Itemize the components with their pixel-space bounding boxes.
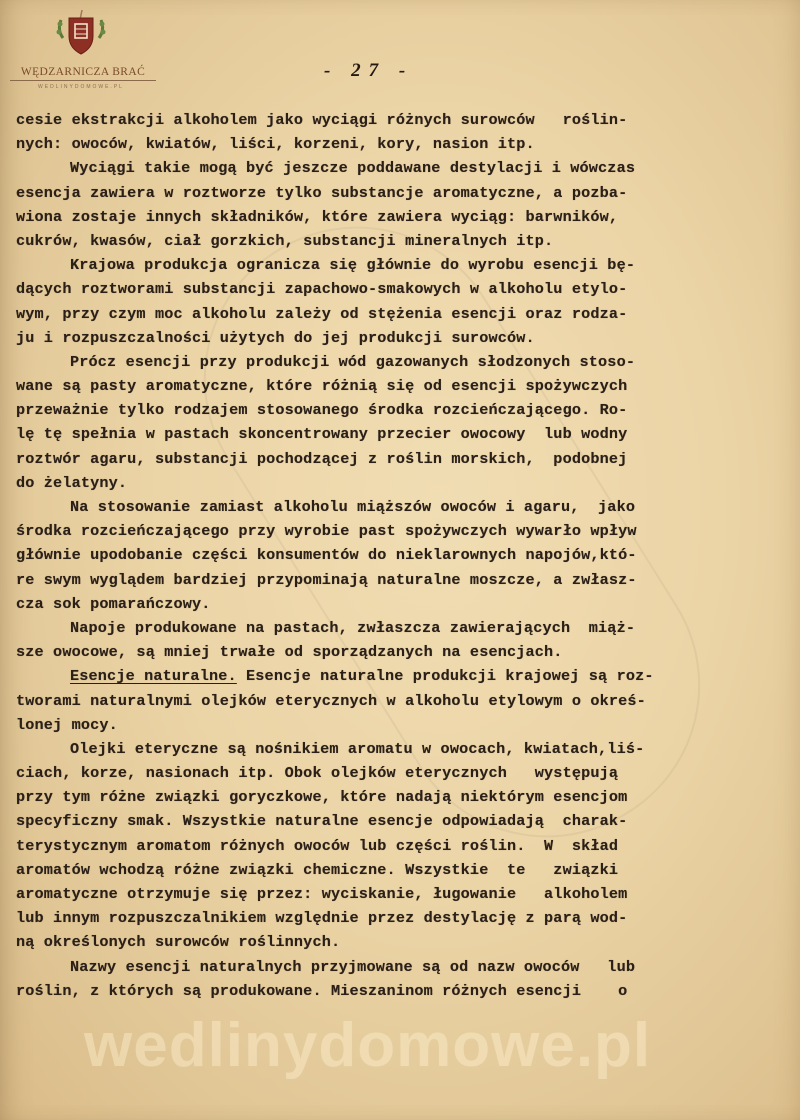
- line-text: głównie upodobanie części konsumentów do…: [16, 546, 637, 564]
- text-line: Na stosowanie zamiast alkoholu miąższów …: [16, 495, 716, 519]
- line-text: Wyciągi takie mogą być jeszcze poddawane…: [70, 159, 635, 177]
- text-line: przy tym różne związki goryczkowe, które…: [16, 785, 716, 809]
- text-line: środka rozcieńczającego przy wyrobie pas…: [16, 519, 716, 543]
- text-line: sze owocowe, są mniej trwałe od sporządz…: [16, 640, 716, 664]
- line-text: przeważnie tylko rodzajem stosowanego śr…: [16, 401, 627, 419]
- text-line: re swym wyglądem bardziej przypominają n…: [16, 568, 716, 592]
- text-line: roślin, z których są produkowane. Miesza…: [16, 979, 716, 1003]
- text-line: lonej mocy.: [16, 713, 716, 737]
- text-line: Napoje produkowane na pastach, zwłaszcza…: [16, 616, 716, 640]
- text-line: nych: owoców, kwiatów, liści, korzeni, k…: [16, 132, 716, 156]
- section-heading: Esencje naturalne.: [70, 667, 237, 685]
- text-line: głównie upodobanie części konsumentów do…: [16, 543, 716, 567]
- text-line: cukrów, kwasów, ciał gorzkich, substancj…: [16, 229, 716, 253]
- page-number: - 27 -: [324, 60, 413, 82]
- text-line: Krajowa produkcja ogranicza się głównie …: [16, 253, 716, 277]
- text-line: lub innym rozpuszczalnikiem względnie pr…: [16, 906, 716, 930]
- line-text: lę tę spełnia w pastach skoncentrowany p…: [16, 425, 627, 443]
- line-text: Olejki eteryczne są nośnikiem aromatu w …: [70, 740, 644, 758]
- text-line: terystycznym aromatom różnych owoców lub…: [16, 834, 716, 858]
- logo-brand-name: WĘDZARNICZA BRAĆ: [10, 66, 156, 81]
- line-text: Nazwy esencji naturalnych przyjmowane są…: [70, 958, 635, 976]
- text-line: aromatów wchodzą różne związki chemiczne…: [16, 858, 716, 882]
- line-text: aromatów wchodzą różne związki chemiczne…: [16, 861, 618, 879]
- text-line: specyficzny smak. Wszystkie naturalne es…: [16, 809, 716, 833]
- text-line: cza sok pomarańczowy.: [16, 592, 716, 616]
- line-text: roślin, z których są produkowane. Miesza…: [16, 982, 627, 1000]
- line-text: Krajowa produkcja ogranicza się głównie …: [70, 256, 635, 274]
- line-text: wane są pasty aromatyczne, które różnią …: [16, 377, 627, 395]
- line-text: przy tym różne związki goryczkowe, które…: [16, 788, 627, 806]
- site-logo[interactable]: WĘDZARNICZA BRAĆ WEDLINYDOMOWE.PL: [14, 8, 148, 90]
- line-text: dących roztworami substancji zapachowo-s…: [16, 280, 627, 298]
- line-text: ną określonych surowców roślinnych.: [16, 933, 340, 951]
- text-line: ciach, korze, nasionach itp. Obok olejkó…: [16, 761, 716, 785]
- line-text: cesie ekstrakcji alkoholem jako wyciągi …: [16, 111, 627, 129]
- logo-subtitle: WEDLINYDOMOWE.PL: [14, 84, 148, 90]
- line-text: aromatyczne otrzymuje się przez: wyciska…: [16, 885, 627, 903]
- line-text: Prócz esencji przy produkcji wód gazowan…: [70, 353, 635, 371]
- text-line: tworami naturalnymi olejków eterycznych …: [16, 689, 716, 713]
- text-line: Olejki eteryczne są nośnikiem aromatu w …: [16, 737, 716, 761]
- text-line: aromatyczne otrzymuje się przez: wyciska…: [16, 882, 716, 906]
- text-line: cesie ekstrakcji alkoholem jako wyciągi …: [16, 108, 716, 132]
- typewritten-body: cesie ekstrakcji alkoholem jako wyciągi …: [16, 108, 716, 1003]
- line-text: wym, przy czym moc alkoholu zależy od st…: [16, 305, 627, 323]
- line-text: sze owocowe, są mniej trwałe od sporządz…: [16, 643, 563, 661]
- line-text: do żelatyny.: [16, 474, 127, 492]
- text-line: ju i rozpuszczalności użytych do jej pro…: [16, 326, 716, 350]
- line-text: lub innym rozpuszczalnikiem względnie pr…: [16, 909, 627, 927]
- text-line: Esencje naturalne. Esencje naturalne pro…: [16, 664, 716, 688]
- line-text: środka rozcieńczającego przy wyrobie pas…: [16, 522, 637, 540]
- text-line: Wyciągi takie mogą być jeszcze poddawane…: [16, 156, 716, 180]
- line-text: roztwór agaru, substancji pochodzącej z …: [16, 450, 627, 468]
- text-line: Prócz esencji przy produkcji wód gazowan…: [16, 350, 716, 374]
- text-line: dących roztworami substancji zapachowo-s…: [16, 277, 716, 301]
- line-text: Napoje produkowane na pastach, zwłaszcza…: [70, 619, 635, 637]
- line-text: specyficzny smak. Wszystkie naturalne es…: [16, 812, 627, 830]
- line-text: Na stosowanie zamiast alkoholu miąższów …: [70, 498, 635, 516]
- text-line: do żelatyny.: [16, 471, 716, 495]
- line-text: Esencje naturalne produkcji krajowej są …: [237, 667, 654, 685]
- text-line: esencja zawiera w roztworze tylko substa…: [16, 181, 716, 205]
- text-line: wiona zostaje innych składników, które z…: [16, 205, 716, 229]
- line-text: wiona zostaje innych składników, które z…: [16, 208, 618, 226]
- line-text: esencja zawiera w roztworze tylko substa…: [16, 184, 627, 202]
- text-line: wane są pasty aromatyczne, które różnią …: [16, 374, 716, 398]
- line-text: ju i rozpuszczalności użytych do jej pro…: [16, 329, 535, 347]
- text-line: przeważnie tylko rodzajem stosowanego śr…: [16, 398, 716, 422]
- watermark: wedlinydomowe.pl: [84, 1010, 651, 1081]
- line-text: ciach, korze, nasionach itp. Obok olejkó…: [16, 764, 618, 782]
- line-text: nych: owoców, kwiatów, liści, korzeni, k…: [16, 135, 535, 153]
- line-text: lonej mocy.: [16, 716, 118, 734]
- text-line: Nazwy esencji naturalnych przyjmowane są…: [16, 955, 716, 979]
- line-text: tworami naturalnymi olejków eterycznych …: [16, 692, 646, 710]
- coat-of-arms-icon: [51, 8, 111, 58]
- text-line: lę tę spełnia w pastach skoncentrowany p…: [16, 422, 716, 446]
- line-text: cza sok pomarańczowy.: [16, 595, 211, 613]
- text-line: ną określonych surowców roślinnych.: [16, 930, 716, 954]
- line-text: re swym wyglądem bardziej przypominają n…: [16, 571, 637, 589]
- line-text: cukrów, kwasów, ciał gorzkich, substancj…: [16, 232, 553, 250]
- line-text: terystycznym aromatom różnych owoców lub…: [16, 837, 618, 855]
- text-line: roztwór agaru, substancji pochodzącej z …: [16, 447, 716, 471]
- text-line: wym, przy czym moc alkoholu zależy od st…: [16, 302, 716, 326]
